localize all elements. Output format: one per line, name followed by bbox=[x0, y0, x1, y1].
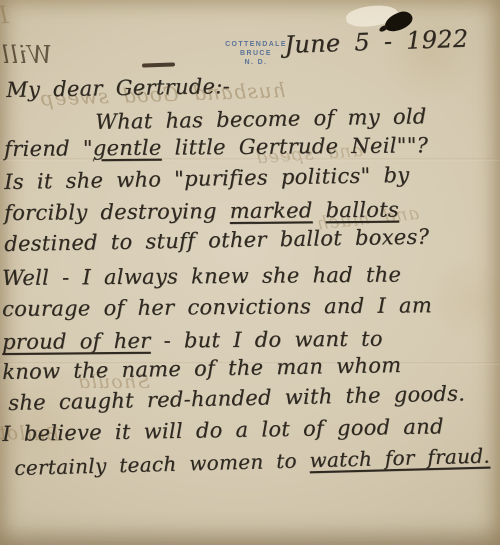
underlined-text: proud of her bbox=[2, 329, 151, 354]
letter-page: I wonder who could have seen it and with… bbox=[0, 0, 500, 545]
body-line-7: courage of her convictions and I am bbox=[2, 293, 432, 322]
body-line-11: I believe it will do a lot of good and bbox=[2, 414, 444, 447]
letterhead: COTTENDALE BRUCE N. D. bbox=[219, 40, 293, 67]
body-line-4: forcibly destroying marked ballots bbox=[4, 198, 399, 227]
line-text: I believe it will do a lot of good and bbox=[2, 414, 444, 446]
underlined-text: gentle bbox=[93, 136, 162, 161]
bleedthrough-underline-mark bbox=[142, 62, 175, 67]
bleedthrough-line: I wonder who could have seen it bbox=[0, 1, 9, 45]
body-line-9: know the name of the man whom bbox=[2, 353, 402, 385]
letterhead-line: COTTENDALE bbox=[219, 40, 293, 49]
line-text: little Gertrude Neil""? bbox=[161, 133, 428, 159]
line-text: destined to stuff other ballot boxes? bbox=[4, 225, 429, 256]
letterhead-line: N. D. bbox=[219, 58, 293, 67]
line-text: friend " bbox=[4, 136, 93, 161]
underlined-text: ballots bbox=[325, 198, 399, 223]
line-text: courage of her convictions and I am bbox=[2, 293, 432, 321]
letterhead-line: BRUCE bbox=[219, 49, 293, 58]
body-line-1: What has become of my old bbox=[95, 104, 427, 135]
line-text bbox=[312, 198, 325, 222]
line-text: forcibly destroying bbox=[4, 199, 230, 225]
underlined-text: watch for fraud. bbox=[309, 444, 490, 473]
line-text: Is it she who "purifies politics" by bbox=[4, 163, 410, 194]
body-line-12: certainly teach women to watch for fraud… bbox=[14, 444, 490, 480]
underlined-text: marked bbox=[230, 198, 313, 223]
line-text: Well - I always knew she had the bbox=[2, 263, 401, 290]
body-line-2: friend "gentle little Gertrude Neil""? bbox=[4, 133, 428, 162]
line-text: certainly teach women to bbox=[14, 448, 310, 480]
bleedthrough-line-dark: Will bbox=[1, 41, 52, 69]
body-line-3: Is it she who "purifies politics" by bbox=[4, 163, 410, 195]
body-line-5: destined to stuff other ballot boxes? bbox=[4, 225, 429, 258]
line-text: What has become of my old bbox=[95, 104, 427, 134]
body-line-6: Well - I always knew she had the bbox=[2, 263, 401, 292]
salutation: My dear Gertrude:- bbox=[6, 74, 230, 103]
body-line-8: proud of her - but I do want to bbox=[2, 327, 383, 356]
line-text: know the name of the man whom bbox=[2, 353, 402, 384]
date: June 5 - 1922 bbox=[284, 25, 469, 60]
line-text: - but I do want to bbox=[150, 327, 382, 353]
